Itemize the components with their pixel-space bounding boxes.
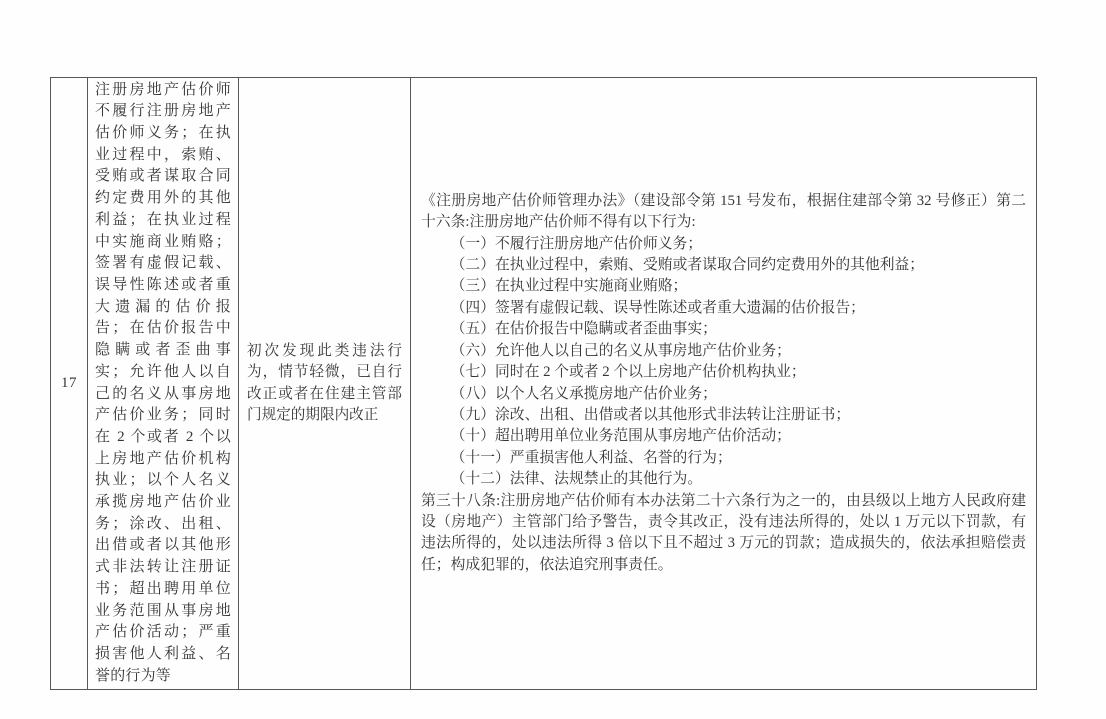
- legal-item: （六）允许他人以自己的名义从事房地产估价业务；: [421, 341, 1026, 362]
- legal-item: （十二）法律、法规禁止的其他行为。: [421, 469, 1026, 490]
- legal-item: （十）超出聘用单位业务范围从事房地产估价活动；: [421, 426, 1026, 447]
- legal-item: （二）在执业过程中，索贿、受贿或者谋取合同约定费用外的其他利益；: [421, 255, 1026, 276]
- violation-text: 注册房地产估价师不履行注册房地产估价师义务；在执业过程中，索贿、受贿或者谋取合同…: [95, 80, 231, 688]
- legal-item: （五）在估价报告中隐瞒或者歪曲事实；: [421, 319, 1026, 340]
- legal-item: （七）同时在 2 个或者 2 个以上房地产估价机构执业；: [421, 362, 1026, 383]
- legal-item: （一）不履行注册房地产估价师义务；: [421, 234, 1026, 255]
- legal-item: （九）涂改、出租、出借或者以其他形式非法转让注册证书；: [421, 405, 1026, 426]
- document-page: 17 注册房地产估价师不履行注册房地产估价师义务；在执业过程中，索贿、受贿或者谋…: [0, 0, 1106, 719]
- legal-item: （十一）严重损害他人利益、名誉的行为；: [421, 448, 1026, 469]
- row-number: 17: [61, 375, 77, 392]
- row-number-cell: 17: [51, 78, 88, 689]
- handling-cell: 初次发现此类违法行为，情节轻微，已自行改正或者在住建主管部门规定的期限内改正: [239, 78, 411, 689]
- handling-text: 初次发现此类违法行为，情节轻微，已自行改正或者在住建主管部门规定的期限内改正: [247, 341, 402, 427]
- legal-item: （八）以个人名义承揽房地产估价业务；: [421, 384, 1026, 405]
- regulation-table: 17 注册房地产估价师不履行注册房地产估价师义务；在执业过程中，索贿、受贿或者谋…: [50, 77, 1037, 690]
- legal-item: （四）签署有虚假记载、误导性陈述或者重大遗漏的估价报告；: [421, 298, 1026, 319]
- violation-cell: 注册房地产估价师不履行注册房地产估价师义务；在执业过程中，索贿、受贿或者谋取合同…: [88, 78, 239, 689]
- legal-item: （三）在执业过程中实施商业贿赂；: [421, 276, 1026, 297]
- legal-basis-closing: 第三十八条:注册房地产估价师有本办法第二十六条行为之一的，由县级以上地方人民政府…: [421, 491, 1026, 577]
- legal-basis-cell: 《注册房地产估价师管理办法》（建设部令第 151 号发布，根据住建部令第 32 …: [411, 78, 1036, 689]
- legal-basis-intro: 《注册房地产估价师管理办法》（建设部令第 151 号发布，根据住建部令第 32 …: [421, 191, 1026, 234]
